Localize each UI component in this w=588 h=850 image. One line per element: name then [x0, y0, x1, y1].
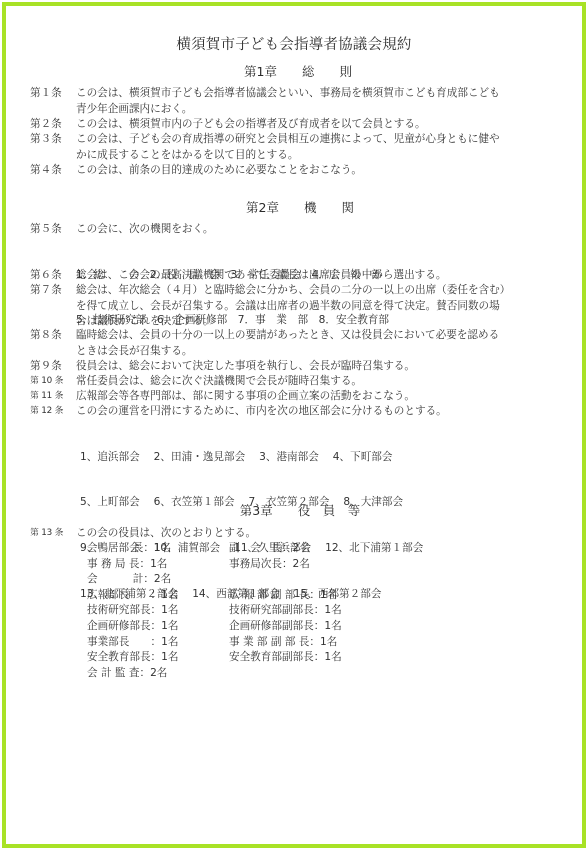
article-text: この会は、前条の目的達成のために必要なことをおこなう。: [76, 163, 540, 179]
chapter-3-heading: 第3章 役 員 等: [6, 501, 588, 519]
article-label: 第 10 条: [30, 374, 76, 390]
officer-row: 広報部長 ：1名 広 報 部 副 部 長：1名: [87, 588, 389, 604]
article-4: 第４条 この会は、前条の目的達成のために必要なことをおこなう。: [30, 163, 540, 179]
officer-entry: 技術研究部副部長：1名: [229, 603, 389, 619]
article-1: 第１条 この会は、横須賀市子ども会指導者協議会といい、事務局を横須賀市こども育成…: [30, 86, 540, 117]
article-text: かに成長することをはかるを以て目的とする。: [76, 148, 540, 164]
article-text: この会は、子ども会の育成指導の研究と会員相互の連携によって、児童が心身ともに健や: [76, 132, 540, 148]
chapter-1-heading: 第1章 総 則: [4, 62, 588, 80]
officer-entry: 安全教育部長：1名: [87, 650, 229, 666]
article-label: 第 13 条: [30, 526, 76, 542]
article-label: 第７条: [30, 283, 76, 299]
officer-row: 会 計 監 査：2名: [87, 666, 389, 682]
document-page: 横須賀市子ども会指導者協議会規約 第1章 総 則 第１条 この会は、横須賀市子ど…: [0, 0, 588, 850]
article-label: 第 12 条: [30, 404, 76, 420]
officer-row: 会 計：2名: [87, 572, 389, 588]
article-8: 第８条 臨時総会は、会員の十分の一以上の要請があったとき、又は役員会において必要…: [30, 328, 540, 359]
article-label: 第２条: [30, 117, 76, 133]
officer-entry: 企画研修部長：1名: [87, 619, 229, 635]
article-label: 第３条: [30, 132, 76, 148]
article-2: 第２条 この会は、横須賀市内の子ども会の指導者及び育成者を以て会員とする。: [30, 117, 540, 133]
officer-row: 事 務 局 長：1名 事務局次長：2名: [87, 557, 389, 573]
article-text: 広報部会等各専門部は、部に関する事項の企画立案の活動をおこなう。: [76, 389, 540, 405]
article-text: を得て成立し、会長が召集する。会議は出席者の過半数の同意を得て決定。賛否同数の場: [76, 299, 540, 315]
article-label: 第 11 条: [30, 389, 76, 405]
article-text: この会の役員は、次のとおりとする。: [76, 526, 540, 542]
officer-entry: 事 業 部 副 部 長：1名: [229, 635, 389, 651]
officer-entry: 広報部長 ：1名: [87, 588, 229, 604]
article-3: 第３条 この会は、子ども会の育成指導の研究と会員相互の連携によって、児童が心身と…: [30, 132, 540, 163]
chapter-2-heading: 第2章 機 関: [6, 198, 588, 216]
officer-row: 安全教育部長：1名 安全教育部副部長：1名: [87, 650, 389, 666]
article-label: 第６条: [30, 268, 76, 284]
article-text: この会の運営を円滑にするために、市内を次の地区部会に分けるものとする。: [76, 404, 540, 420]
officer-entry: 企画研修部副部長：1名: [229, 619, 389, 635]
article-text: 役員会は、総会において決定した事項を執行し、会長が臨時召集する。: [76, 359, 540, 375]
officer-row: 会 長：1名 副 会 長：2名: [87, 541, 389, 557]
article-label: 第８条: [30, 328, 76, 344]
article-text: この会は、横須賀市子ども会指導者協議会といい、事務局を横須賀市こども育成部こども: [76, 86, 540, 102]
officer-entry: 安全教育部副部長：1名: [229, 650, 389, 666]
officer-table: 会 長：1名 副 会 長：2名 事 務 局 長：1名 事務局次長：2名 会 計：…: [87, 541, 389, 681]
article-10: 第 10 条 常任委員会は、総会に次ぐ決議機関で会長が随時召集する。: [30, 374, 540, 390]
officer-row: 事業部長 ：1名 事 業 部 副 部 長：1名: [87, 635, 389, 651]
article-text: 総会は、年次総会（４月）と臨時総会に分かち、会員の二分の一以上の出席（委任を含む…: [76, 283, 540, 299]
article-label: 第４条: [30, 163, 76, 179]
officer-entry: 会 長：1名: [87, 541, 229, 557]
district-list-row: 1、追浜部会 2、田浦・逸見部会 3、港南部会 4、下町部会: [80, 450, 423, 465]
article-text: この会に、次の機関をおく。: [76, 222, 540, 238]
article-11: 第 11 条 広報部会等各専門部は、部に関する事項の企画立案の活動をおこなう。: [30, 389, 540, 405]
officer-entry: 会 計 監 査：2名: [87, 666, 229, 682]
officer-entry: 事務局次長：2名: [229, 557, 389, 573]
officer-entry: 事業部長 ：1名: [87, 635, 229, 651]
article-text: 臨時総会は、会員の十分の一以上の要請があったとき、又は役員会において必要を認める: [76, 328, 540, 344]
article-13: 第 13 条 この会の役員は、次のとおりとする。: [30, 526, 540, 542]
article-text: ときは会長が召集する。: [76, 344, 540, 360]
article-text: 常任委員会は、総会に次ぐ決議機関で会長が随時召集する。: [76, 374, 540, 390]
article-5: 第５条 この会に、次の機関をおく。: [30, 222, 540, 238]
officer-entry: 広 報 部 副 部 長：1名: [229, 588, 389, 604]
officer-entry: 会 計：2名: [87, 572, 229, 588]
document-title: 横須賀市子ども会指導者協議会規約: [0, 33, 588, 54]
article-label: 第１条: [30, 86, 76, 102]
article-7: 第７条 総会は、年次総会（４月）と臨時総会に分かち、会員の二分の一以上の出席（委…: [30, 283, 540, 330]
article-6: 第６条 総会は、この会の最高決議機関であって、議長は出席会員の中から選出する。: [30, 268, 540, 284]
article-12: 第 12 条 この会の運営を円滑にするために、市内を次の地区部会に分けるものとす…: [30, 404, 540, 420]
article-text: 総会は、この会の最高決議機関であって、議長は出席会員の中から選出する。: [76, 268, 540, 284]
article-text: この会は、横須賀市内の子ども会の指導者及び育成者を以て会員とする。: [76, 117, 540, 133]
officer-entry: [229, 666, 389, 682]
officer-row: 企画研修部長：1名 企画研修部副部長：1名: [87, 619, 389, 635]
officer-entry: [229, 572, 389, 588]
officer-entry: 副 会 長：2名: [229, 541, 389, 557]
article-text: 青少年企画課内におく。: [76, 102, 540, 118]
officer-row: 技術研究部長：1名 技術研究部副部長：1名: [87, 603, 389, 619]
article-label: 第５条: [30, 222, 76, 238]
officer-entry: 事 務 局 長：1名: [87, 557, 229, 573]
article-9: 第９条 役員会は、総会において決定した事項を執行し、会長が臨時召集する。: [30, 359, 540, 375]
article-label: 第９条: [30, 359, 76, 375]
officer-entry: 技術研究部長：1名: [87, 603, 229, 619]
